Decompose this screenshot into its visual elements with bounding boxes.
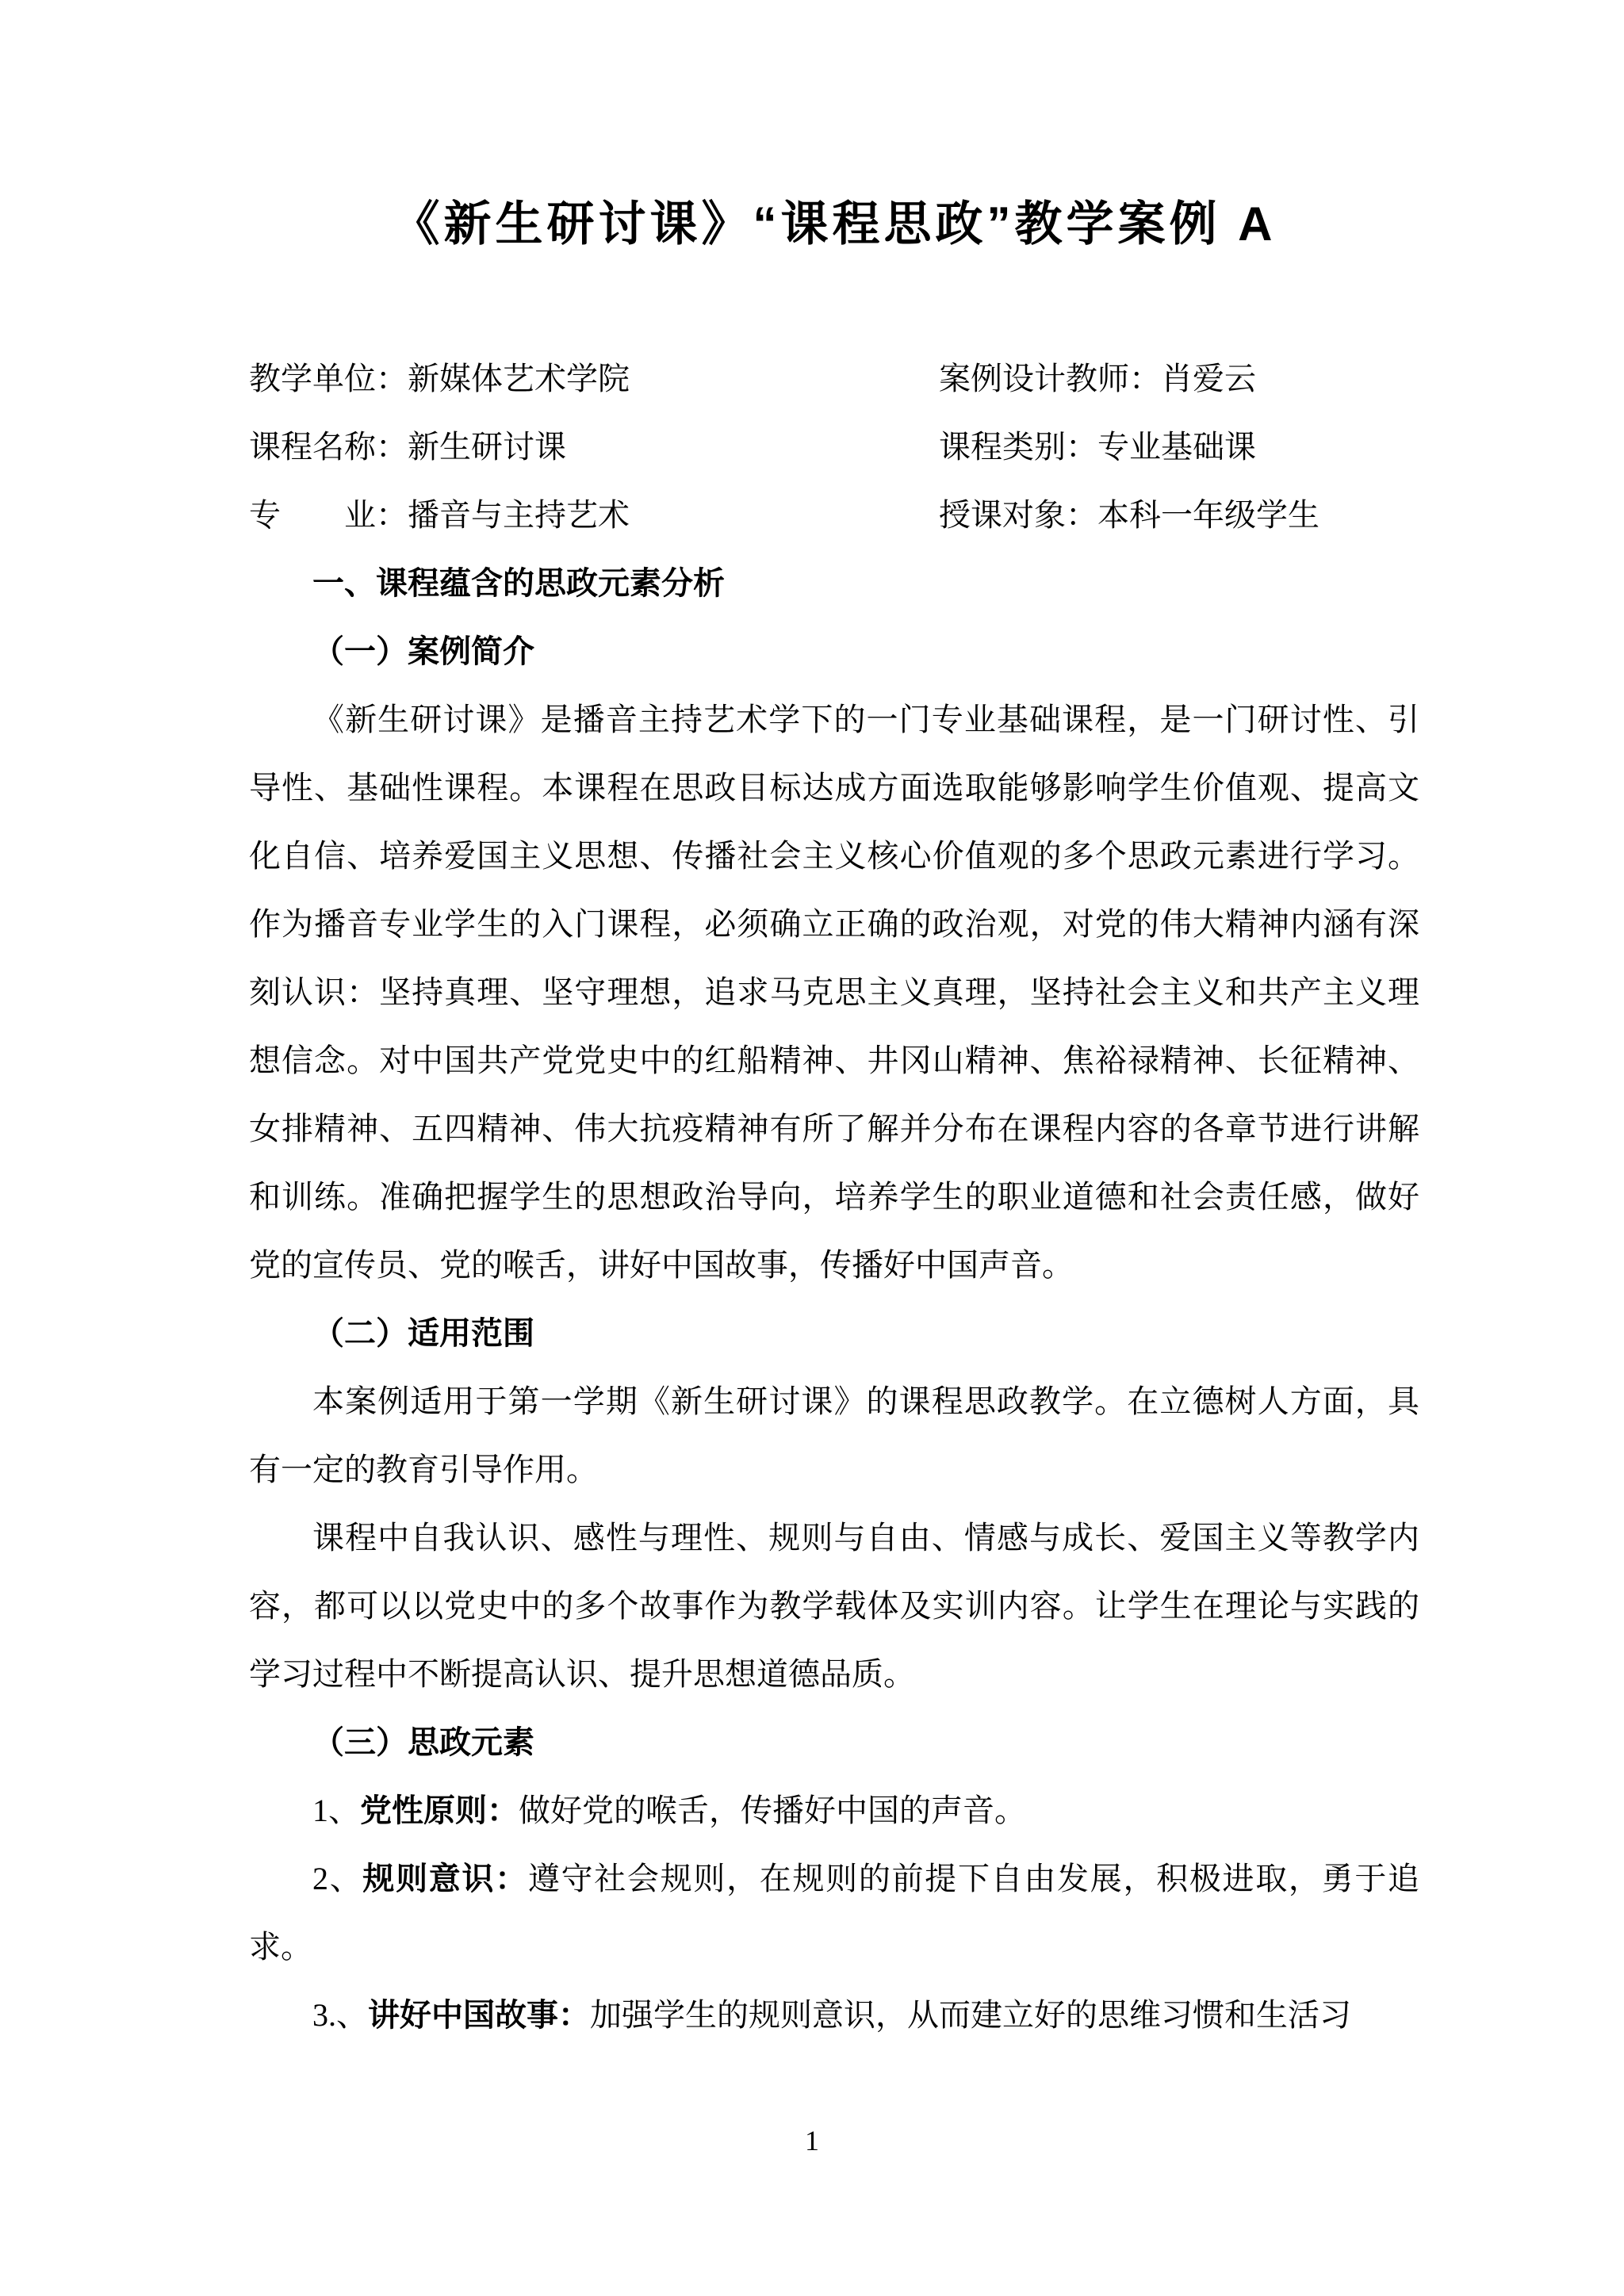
course-info-block: 教学单位：新媒体艺术学院 案例设计教师：肖爱云 课程名称：新生研讨课 课程类别：… xyxy=(249,345,1419,549)
field-value: 新生研讨课 xyxy=(408,429,566,465)
document-page: 《新生研讨课》“课程思政”教学案例 A 教学单位：新媒体艺术学院 案例设计教师：… xyxy=(0,0,1624,2296)
item-text: 做好党的喉舌，传播好中国的声音。 xyxy=(519,1793,1026,1828)
info-right-cell: 案例设计教师：肖爱云 xyxy=(939,345,1419,413)
field-label: 专 业： xyxy=(249,497,408,533)
field-value: 本科一年级学生 xyxy=(1097,497,1319,533)
info-left-cell: 教学单位：新媒体艺术学院 xyxy=(249,345,939,413)
subsection-heading-ideology-elements: （三）思政元素 xyxy=(249,1709,1419,1777)
paragraph-scope-1: 本案例适用于第一学期《新生研讨课》的课程思政教学。在立德树人方面，具有一定的教育… xyxy=(249,1368,1419,1504)
info-right-cell: 课程类别：专业基础课 xyxy=(939,413,1419,481)
field-label: 课程类别： xyxy=(939,429,1097,465)
field-value: 播音与主持艺术 xyxy=(408,497,630,533)
subsection-heading-scope: （二）适用范围 xyxy=(249,1299,1419,1368)
ideology-item-3: 3.、讲好中国故事：加强学生的规则意识，从而建立好的思维习惯和生活习 xyxy=(249,1981,1419,2049)
document-content: 《新生研讨课》“课程思政”教学案例 A 教学单位：新媒体艺术学院 案例设计教师：… xyxy=(249,190,1419,2049)
field-label: 授课对象： xyxy=(939,497,1097,533)
info-left-cell: 专 业：播音与主持艺术 xyxy=(249,481,939,549)
item-term: 讲好中国故事： xyxy=(368,1997,590,2033)
item-term: 规则意识： xyxy=(362,1861,528,1896)
field-label: 案例设计教师： xyxy=(939,361,1161,396)
document-title: 《新生研讨课》“课程思政”教学案例 A xyxy=(249,190,1419,258)
info-row-unit: 教学单位：新媒体艺术学院 案例设计教师：肖爱云 xyxy=(249,345,1419,413)
info-row-course: 课程名称：新生研讨课 课程类别：专业基础课 xyxy=(249,413,1419,481)
paragraph-case-intro: 《新生研讨课》是播音主持艺术学下的一门专业基础课程，是一门研讨性、引导性、基础性… xyxy=(249,686,1419,1299)
ideology-item-1: 1、党性原则：做好党的喉舌，传播好中国的声音。 xyxy=(249,1777,1419,1845)
item-prefix: 3.、 xyxy=(312,1997,368,2033)
page-number: 1 xyxy=(0,2125,1624,2156)
field-value: 新媒体艺术学院 xyxy=(408,361,630,396)
field-value: 专业基础课 xyxy=(1097,429,1256,465)
info-row-major: 专 业：播音与主持艺术 授课对象：本科一年级学生 xyxy=(249,481,1419,549)
section-heading-elements-analysis: 一、课程蕴含的思政元素分析 xyxy=(249,549,1419,618)
info-right-cell: 授课对象：本科一年级学生 xyxy=(939,481,1419,549)
field-label: 教学单位： xyxy=(249,361,408,396)
subsection-heading-case-intro: （一）案例简介 xyxy=(249,618,1419,686)
field-value: 肖爱云 xyxy=(1161,361,1256,396)
paragraph-scope-2: 课程中自我认识、感性与理性、规则与自由、情感与成长、爱国主义等教学内容，都可以以… xyxy=(249,1504,1419,1709)
item-text: 加强学生的规则意识，从而建立好的思维习惯和生活习 xyxy=(590,1997,1351,2033)
info-left-cell: 课程名称：新生研讨课 xyxy=(249,413,939,481)
item-prefix: 2、 xyxy=(312,1861,362,1896)
item-prefix: 1、 xyxy=(312,1793,360,1828)
ideology-item-2: 2、规则意识：遵守社会规则，在规则的前提下自由发展，积极进取，勇于追求。 xyxy=(249,1845,1419,1981)
item-term: 党性原则： xyxy=(360,1793,519,1828)
field-label: 课程名称： xyxy=(249,429,408,465)
